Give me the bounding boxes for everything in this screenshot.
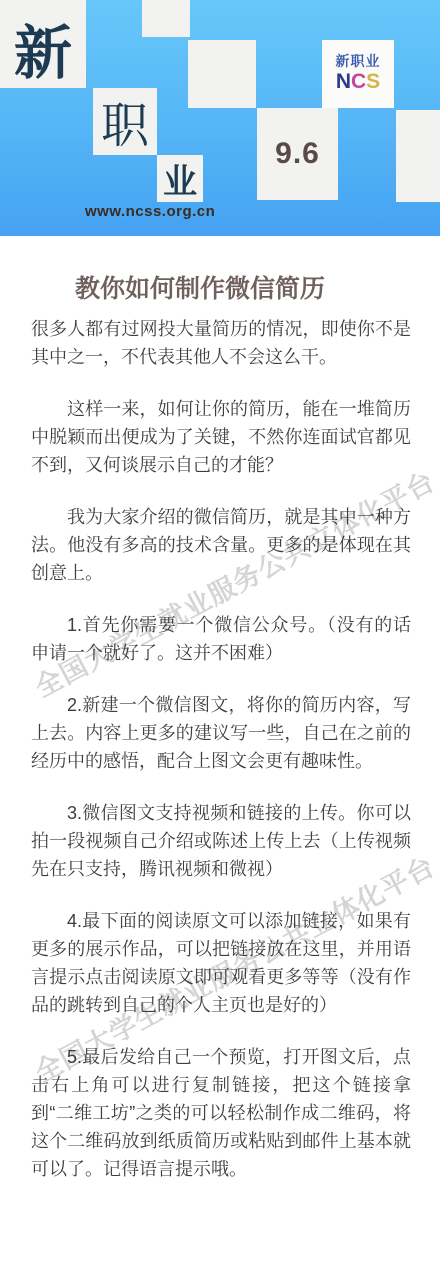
paragraph-context: 这样一来，如何让你的简历，能在一堆简历中脱颖而出便成为了关键，不然你连面试官都见… <box>31 395 411 479</box>
brand-char-zhi: 职 <box>93 88 157 155</box>
ncs-letter-n: N <box>336 70 351 93</box>
paragraph-step-5: 5.最后发给自己一个预览，打开图文后，点击右上角可以进行复制链接，把这个链接拿到… <box>31 1043 411 1183</box>
ncs-logo-chinese-text: 新职业 <box>336 55 381 70</box>
date-label: 9.6 <box>257 108 338 200</box>
website-url: www.ncss.org.cn <box>85 203 215 220</box>
brand-char-ye: 业 <box>157 155 203 202</box>
paragraph-step-3: 3.微信图文支持视频和链接的上传。你可以拍一段视频自己介绍或陈述上传上去（上传视… <box>31 799 411 883</box>
paragraph-intro: 很多人都有过网投大量简历的情况，即使你不是其中之一，不代表其他人不会这么干。 <box>31 315 411 371</box>
tile-date: 9.6 <box>257 108 338 200</box>
paragraph-step-2: 2.新建一个微信图文，将你的简历内容，写上去。内容上更多的建议写一些，自己在之前… <box>31 691 411 775</box>
paragraph-step-4: 4.最下面的阅读原文可以添加链接，如果有更多的展示作品，可以把链接放在这里，并用… <box>31 907 411 1019</box>
article-body: 教你如何制作微信简历 很多人都有过网投大量简历的情况，即使你不是其中之一，不代表… <box>0 236 440 1183</box>
poster-page: 新 新职业 NCS 职 9.6 业 www.ncss.org.cn 全国大学生就… <box>0 0 440 1262</box>
brand-char-xin: 新 <box>0 0 86 92</box>
ncs-letter-c-pinwheel-icon: C <box>351 70 366 93</box>
tile-brand-char-2: 职 <box>93 88 157 155</box>
paragraph-step-1: 1.首先你需要一个微信公众号。（没有的话申请一个就好了。这并不困难） <box>31 611 411 667</box>
article-title: 教你如何制作微信简历 <box>75 275 411 303</box>
tile-decorative-small <box>142 0 190 37</box>
tile-decorative-right <box>396 110 440 202</box>
tile-brand-char-1: 新 <box>0 0 86 88</box>
banner-header: 新 新职业 NCS 职 9.6 业 www.ncss.org.cn <box>0 0 440 236</box>
ncs-letter-s: S <box>366 70 380 93</box>
ncs-logo: 新职业 NCS <box>322 40 394 108</box>
tile-decorative-middle <box>188 40 256 108</box>
tile-brand-char-3: 业 <box>157 155 203 202</box>
tile-logo: 新职业 NCS <box>322 40 394 108</box>
ncs-logo-letters: NCS <box>336 70 380 93</box>
paragraph-method: 我为大家介绍的微信简历，就是其中一种方法。他没有多高的技术含量。更多的是体现在其… <box>31 503 411 587</box>
